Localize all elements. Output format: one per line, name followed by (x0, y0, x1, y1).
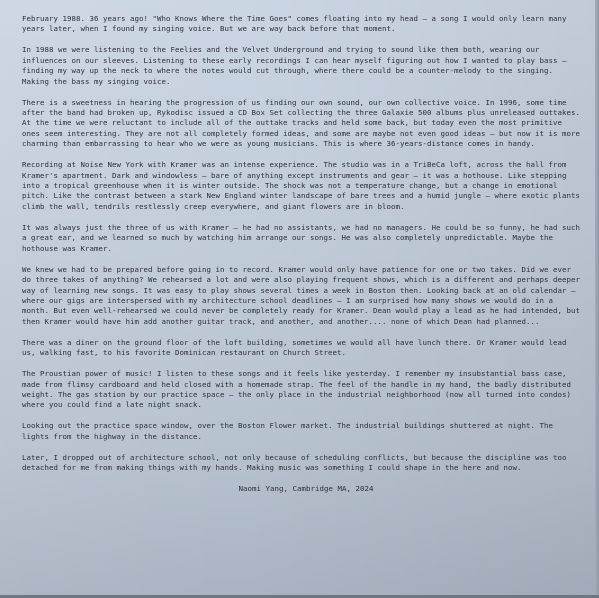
signature: Naomi Yang, Cambridge MA, 2024 (22, 484, 582, 494)
paragraph-7: There was a diner on the ground floor of… (22, 338, 582, 359)
paragraph-2: In 1988 we were listening to the Feelies… (22, 45, 582, 87)
paragraph-10: Later, I dropped out of architecture sch… (22, 453, 582, 474)
paragraph-5: It was always just the three of us with … (22, 223, 582, 254)
paragraph-4: Recording at Noise New York with Kramer … (22, 160, 582, 212)
paragraph-3: There is a sweetness in hearing the prog… (22, 98, 582, 150)
paragraph-6: We knew we had to be prepared before goi… (22, 265, 582, 327)
paragraph-9: Looking out the practice space window, o… (22, 421, 582, 442)
liner-notes-text: February 1988. 36 years ago! "Who Knows … (22, 14, 582, 505)
paper-edge (595, 0, 599, 598)
paragraph-8: The Proustian power of music! I listen t… (22, 369, 582, 411)
paragraph-1: February 1988. 36 years ago! "Who Knows … (22, 14, 582, 35)
